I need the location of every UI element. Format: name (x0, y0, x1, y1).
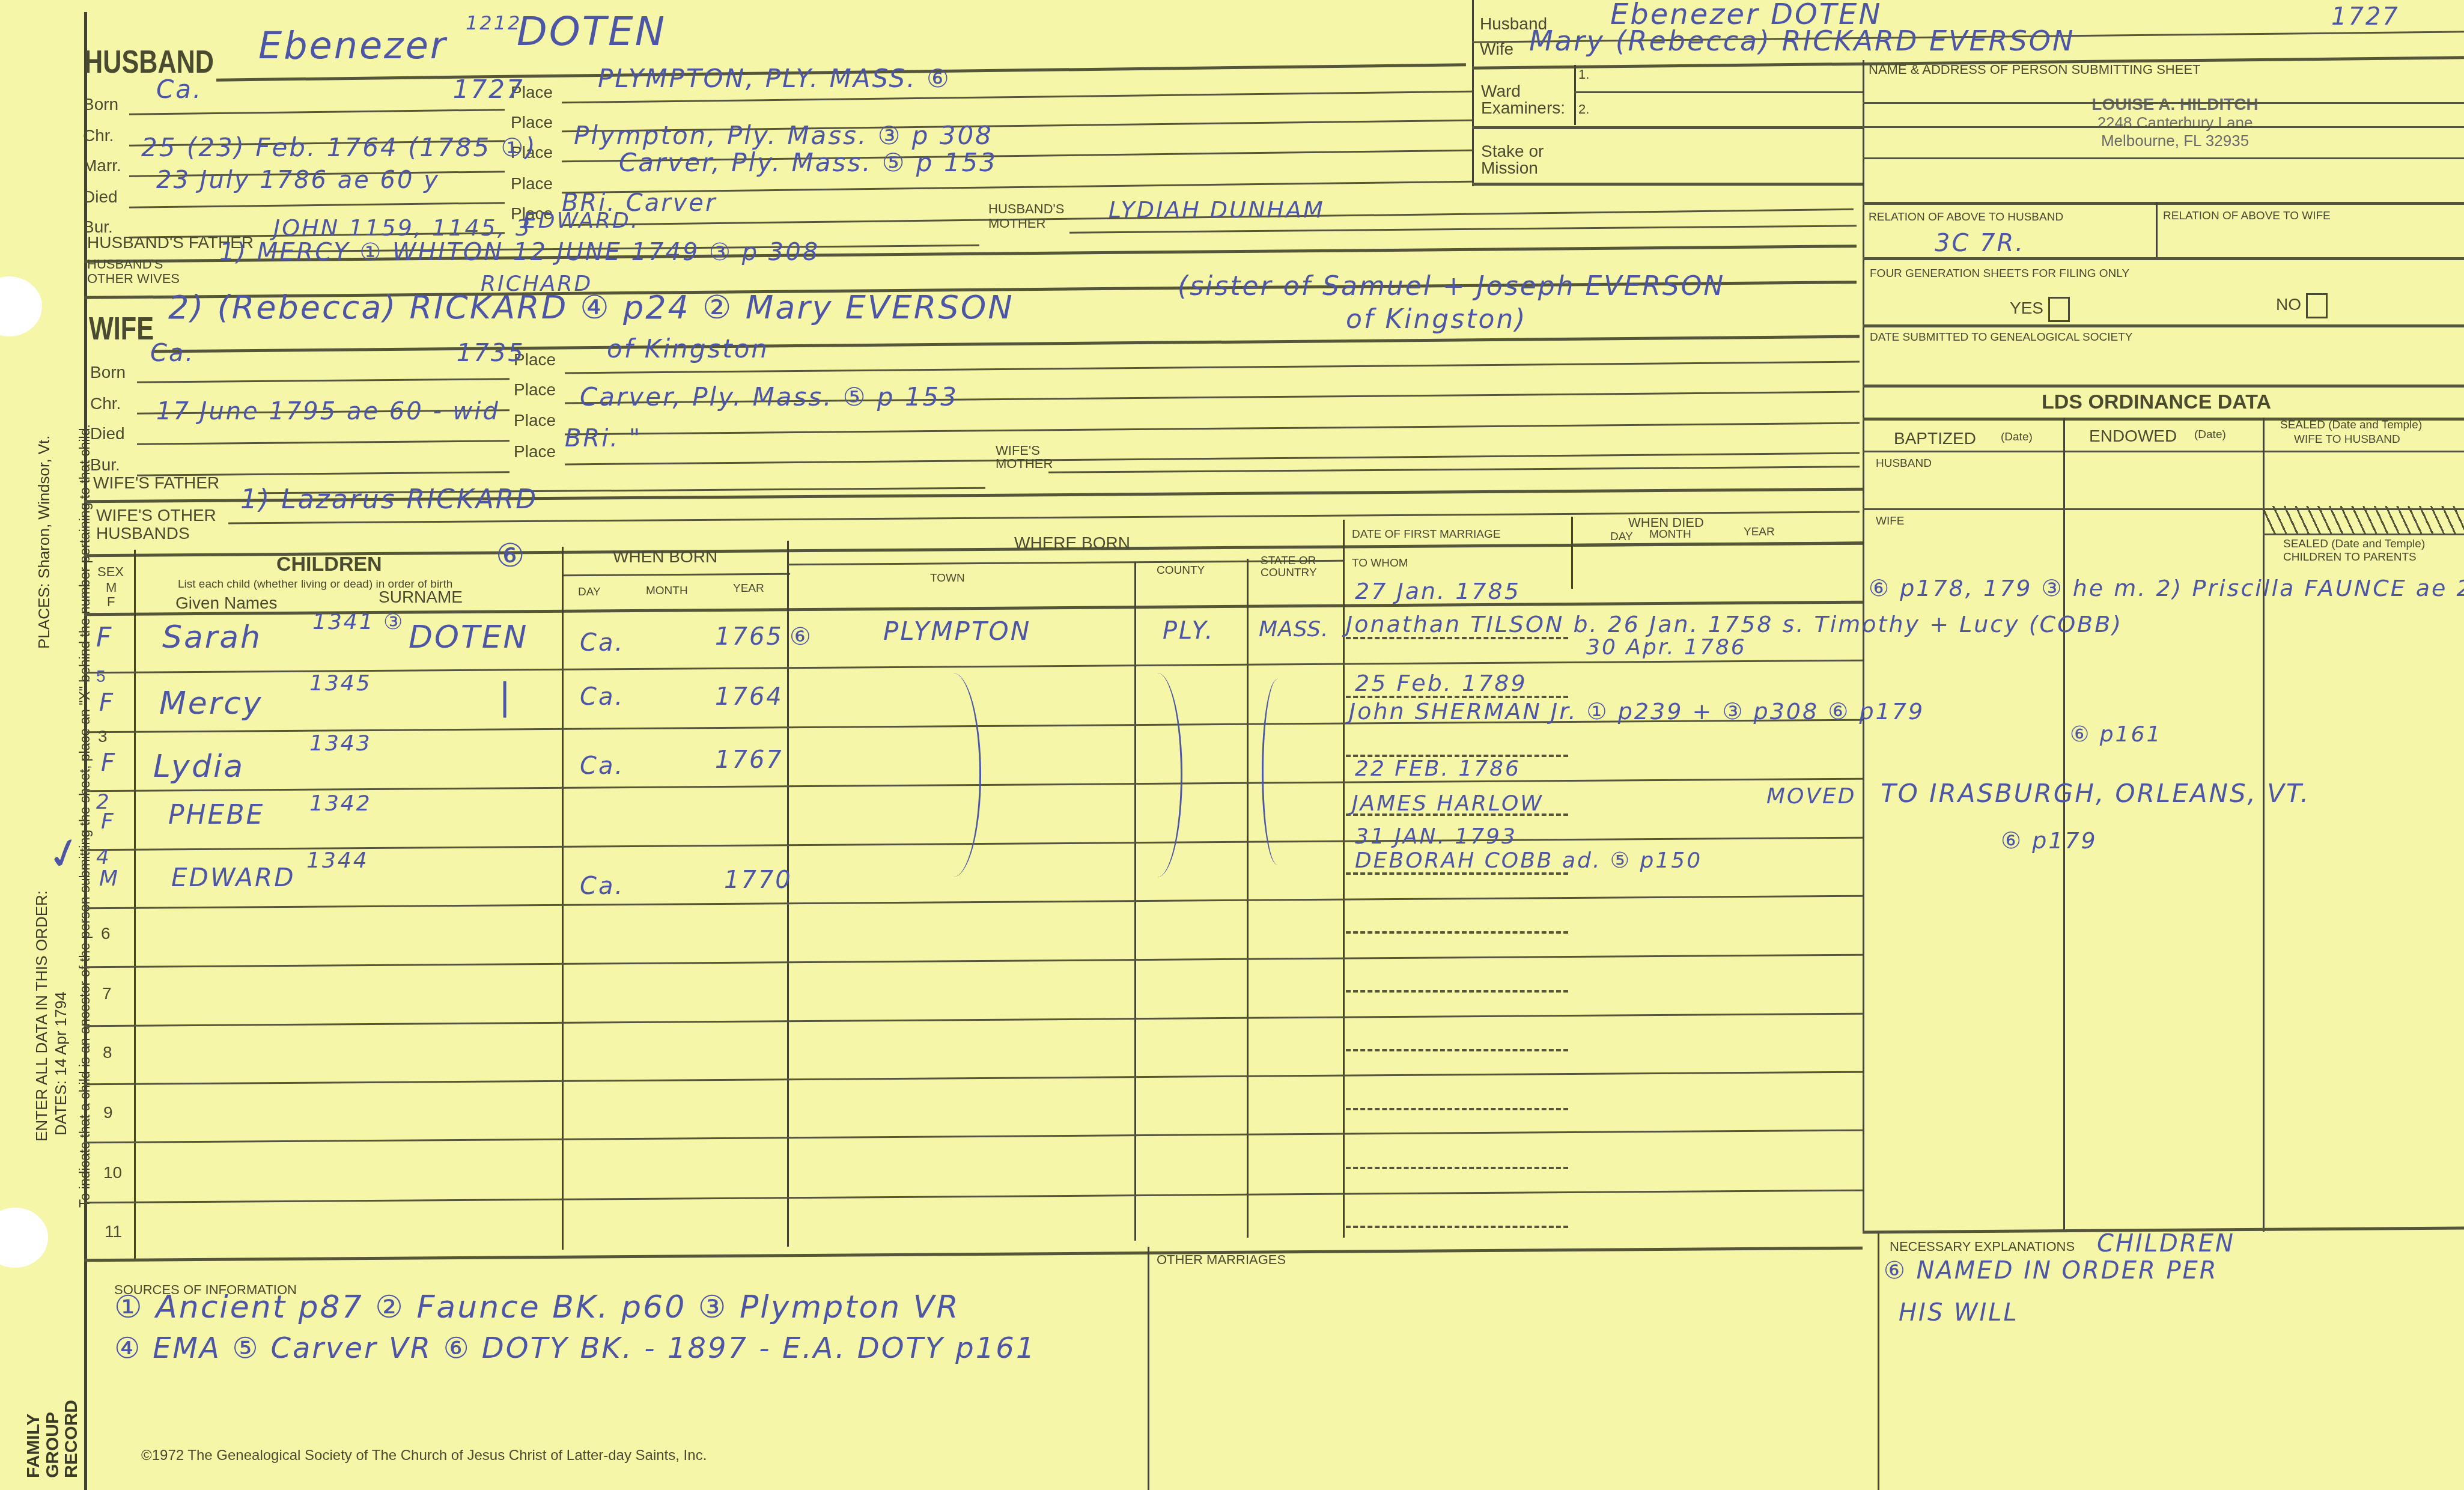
sources-line-2[interactable]: ④ EMA ⑤ Carver VR ⑥ DOTY BK. - 1897 - E.… (114, 1334, 1036, 1363)
husband-name-ref: 1212 (466, 13, 522, 32)
margin-enter-order: ENTER ALL DATA IN THIS ORDER: (32, 890, 51, 1142)
no-option[interactable]: NO (2276, 293, 2328, 318)
ditto-mark (1133, 673, 1182, 877)
children-count: ⑥ (496, 540, 526, 572)
hatched-cell (2265, 506, 2464, 534)
wife-born-date[interactable]: Ca. 1735 (150, 341, 525, 365)
husband-surname[interactable]: DOTEN (517, 12, 666, 52)
husband-other-wives[interactable]: 1) MERCY ① WHITON 12 JUNE 1749 ③ p 308 (219, 240, 820, 264)
sources-line-1[interactable]: ① Ancient p87 ② Faunce BK. p60 ③ Plympto… (114, 1292, 960, 1323)
margin-places: PLACES: Sharon, Windsor, Vt. (35, 436, 53, 649)
husband-name[interactable]: Ebenezer (258, 27, 447, 64)
wife-died-place[interactable]: Carver, Ply. Mass. ⑤ p 153 (580, 385, 958, 410)
wife-born-place[interactable]: of Kingston (607, 336, 769, 362)
wife-other-husbands[interactable]: 1) Lazarus RICKARD (240, 487, 538, 513)
husband-father-note: EDWARD. (523, 210, 639, 232)
no-checkbox[interactable] (2306, 293, 2328, 318)
husband-label: HUSBAND (84, 46, 214, 78)
margin-dates: DATES: 14 Apr 1794 (52, 992, 70, 1136)
wife-note: (sister of Samuel + Joseph EVERSON (1178, 273, 1725, 300)
punch-hole (0, 1208, 48, 1268)
copyright: ©1972 The Genealogical Society of The Ch… (141, 1448, 707, 1463)
explanations-line-1[interactable]: ⑥ NAMED IN ORDER PER (1884, 1259, 2218, 1283)
wife-name[interactable]: 2) (Rebecca) RICKARD ④ p24 ② Mary EVERSO… (168, 291, 1014, 324)
wife-died-date[interactable]: 17 June 1795 ae 60 - wid (156, 400, 500, 424)
husband-died-date[interactable]: 23 July 1786 ae 60 y (156, 168, 440, 192)
header-husband-year: 1727 (2331, 5, 2400, 29)
yes-checkbox[interactable] (2048, 297, 2070, 322)
punch-hole (0, 276, 42, 336)
wife-note2: of Kingston) (1346, 306, 1527, 333)
form-title: FAMILY GROUP RECORD (24, 1400, 81, 1478)
husband-born-place[interactable]: PLYMPTON, PLY. MASS. ⑥ (598, 66, 951, 91)
explanations-line-2[interactable]: HIS WILL (1899, 1301, 2019, 1325)
ditto-mark (1262, 679, 1294, 865)
header-wife[interactable]: Mary (Rebecca) RICKARD EVERSON (1529, 27, 2075, 55)
husband-marr-date[interactable]: 25 (23) Feb. 1764 (1785 ①) (141, 135, 537, 160)
relation-to-husband[interactable]: 3C 7R. (1935, 231, 2025, 255)
husband-mother[interactable]: LYDIAH DUNHAM (1109, 198, 1325, 221)
husband-marr-place[interactable]: Plympton, Ply. Mass. ③ p 308 (574, 123, 993, 148)
husband-died-place[interactable]: Carver, Ply. Mass. ⑤ p 153 (619, 150, 997, 175)
yes-option[interactable]: YES (2010, 297, 2070, 322)
husband-born-date[interactable]: Ca. 1727 (156, 77, 525, 102)
husband-father[interactable]: JOHN 1159, 1145, 3 (273, 216, 532, 239)
ditto-mark (925, 673, 981, 877)
wife-bur-place[interactable]: BRi. " (565, 427, 642, 451)
